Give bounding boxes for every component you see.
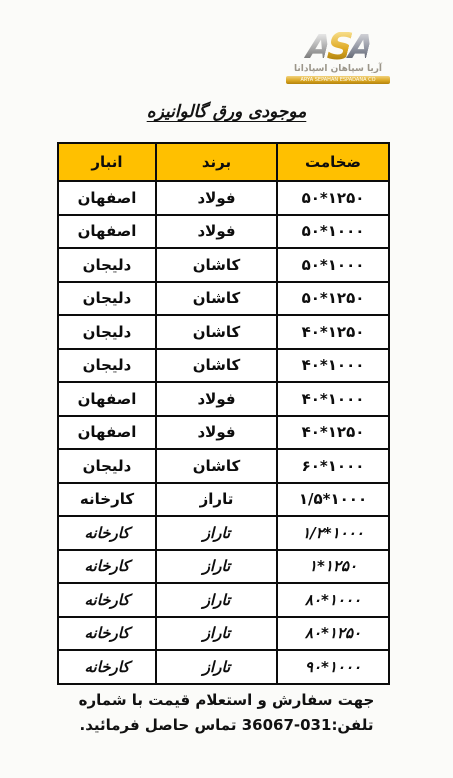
cell-brand: تاراز bbox=[156, 650, 277, 684]
cell-warehouse: دلیجان bbox=[58, 282, 156, 316]
table-row: ۵۰*۱۲۵۰ کاشان دلیجان bbox=[58, 282, 389, 316]
table-row: ۱/۵*۱۰۰۰ تاراز کارخانه bbox=[58, 483, 389, 517]
header-warehouse: انبار bbox=[58, 143, 156, 181]
contact-note-line1: جهت سفارش و استعلام قیمت با شماره bbox=[0, 688, 453, 713]
cell-warehouse: کارخانه bbox=[58, 483, 156, 517]
contact-note-line2: تلفن:031-36067 تماس حاصل فرمائید. bbox=[0, 713, 453, 738]
cell-thickness: ۶۰*۱۰۰۰ bbox=[277, 449, 389, 483]
cell-thickness: ۴۰*۱۰۰۰ bbox=[277, 382, 389, 416]
cell-thickness: ۱/۵*۱۰۰۰ bbox=[277, 483, 389, 517]
asa-logo-mark: A S A bbox=[279, 30, 397, 62]
table-row: ۵۰*۱۰۰۰ کاشان دلیجان bbox=[58, 248, 389, 282]
cell-thickness: ۵۰*۱۲۵۰ bbox=[277, 282, 389, 316]
header-thickness: ضخامت bbox=[277, 143, 389, 181]
cell-warehouse: اصفهان bbox=[58, 215, 156, 249]
cell-thickness: ۴۰*۱۲۵۰ bbox=[277, 315, 389, 349]
cell-thickness: ۱*۱۲۵۰ bbox=[277, 550, 389, 584]
cell-brand: فولاد bbox=[156, 181, 277, 215]
table-row: ۵۰*۱۲۵۰ فولاد اصفهان bbox=[58, 181, 389, 215]
cell-brand: تاراز bbox=[156, 516, 277, 550]
cell-thickness: ۱/۲*۱۰۰۰ bbox=[277, 516, 389, 550]
table-header-row: ضخامت برند انبار bbox=[58, 143, 389, 181]
cell-brand: فولاد bbox=[156, 382, 277, 416]
cell-brand: تاراز bbox=[156, 483, 277, 517]
company-logo: A S A آریا سپاهان اسپادانا ARYA SEPAHAN … bbox=[283, 30, 393, 84]
cell-brand: فولاد bbox=[156, 215, 277, 249]
cell-warehouse: دلیجان bbox=[58, 315, 156, 349]
cell-brand: کاشان bbox=[156, 349, 277, 383]
cell-brand: کاشان bbox=[156, 449, 277, 483]
logo-gold-band: ARYA SEPAHAN ESPADANA CO bbox=[286, 76, 390, 84]
cell-thickness: ۸۰*۱۰۰۰ bbox=[277, 583, 389, 617]
flyer-page: A S A آریا سپاهان اسپادانا ARYA SEPAHAN … bbox=[0, 0, 453, 778]
cell-warehouse: اصفهان bbox=[58, 181, 156, 215]
cell-warehouse: کارخانه bbox=[58, 516, 156, 550]
cell-warehouse: کارخانه bbox=[58, 583, 156, 617]
table-row: ۸۰*۱۲۵۰ تاراز کارخانه bbox=[58, 617, 389, 651]
table-row: ۱/۲*۱۰۰۰ تاراز کارخانه bbox=[58, 516, 389, 550]
cell-thickness: ۴۰*۱۰۰۰ bbox=[277, 349, 389, 383]
cell-warehouse: دلیجان bbox=[58, 349, 156, 383]
cell-warehouse: دلیجان bbox=[58, 248, 156, 282]
table-row: ۴۰*۱۰۰۰ کاشان دلیجان bbox=[58, 349, 389, 383]
table-row: ۵۰*۱۰۰۰ فولاد اصفهان bbox=[58, 215, 389, 249]
cell-warehouse: اصفهان bbox=[58, 416, 156, 450]
table-row: ۴۰*۱۰۰۰ فولاد اصفهان bbox=[58, 382, 389, 416]
cell-brand: فولاد bbox=[156, 416, 277, 450]
table-row: ۶۰*۱۰۰۰ کاشان دلیجان bbox=[58, 449, 389, 483]
table-row: ۱*۱۲۵۰ تاراز کارخانه bbox=[58, 550, 389, 584]
cell-warehouse: کارخانه bbox=[58, 550, 156, 584]
page-title: موجودی ورق گالوانیزه bbox=[0, 102, 453, 122]
cell-warehouse: دلیجان bbox=[58, 449, 156, 483]
contact-note: جهت سفارش و استعلام قیمت با شماره تلفن:0… bbox=[0, 688, 453, 738]
cell-brand: تاراز bbox=[156, 583, 277, 617]
cell-brand: تاراز bbox=[156, 550, 277, 584]
table-row: ۸۰*۱۰۰۰ تاراز کارخانه bbox=[58, 583, 389, 617]
cell-thickness: ۸۰*۱۲۵۰ bbox=[277, 617, 389, 651]
header-brand: برند bbox=[156, 143, 277, 181]
table-row: ۴۰*۱۲۵۰ فولاد اصفهان bbox=[58, 416, 389, 450]
cell-warehouse: اصفهان bbox=[58, 382, 156, 416]
cell-warehouse: کارخانه bbox=[58, 617, 156, 651]
table-row: ۹۰*۱۰۰۰ تاراز کارخانه bbox=[58, 650, 389, 684]
cell-brand: کاشان bbox=[156, 282, 277, 316]
cell-thickness: ۵۰*۱۰۰۰ bbox=[277, 215, 389, 249]
cell-thickness: ۹۰*۱۰۰۰ bbox=[277, 650, 389, 684]
cell-thickness: ۵۰*۱۲۵۰ bbox=[277, 181, 389, 215]
cell-brand: تاراز bbox=[156, 617, 277, 651]
cell-warehouse: کارخانه bbox=[58, 650, 156, 684]
inventory-table: ضخامت برند انبار ۵۰*۱۲۵۰ فولاد اصفهان ۵۰… bbox=[57, 142, 390, 685]
cell-thickness: ۴۰*۱۲۵۰ bbox=[277, 416, 389, 450]
table-row: ۴۰*۱۲۵۰ کاشان دلیجان bbox=[58, 315, 389, 349]
cell-thickness: ۵۰*۱۰۰۰ bbox=[277, 248, 389, 282]
logo-band-text: ARYA SEPAHAN ESPADANA CO bbox=[300, 77, 375, 83]
cell-brand: کاشان bbox=[156, 248, 277, 282]
cell-brand: کاشان bbox=[156, 315, 277, 349]
